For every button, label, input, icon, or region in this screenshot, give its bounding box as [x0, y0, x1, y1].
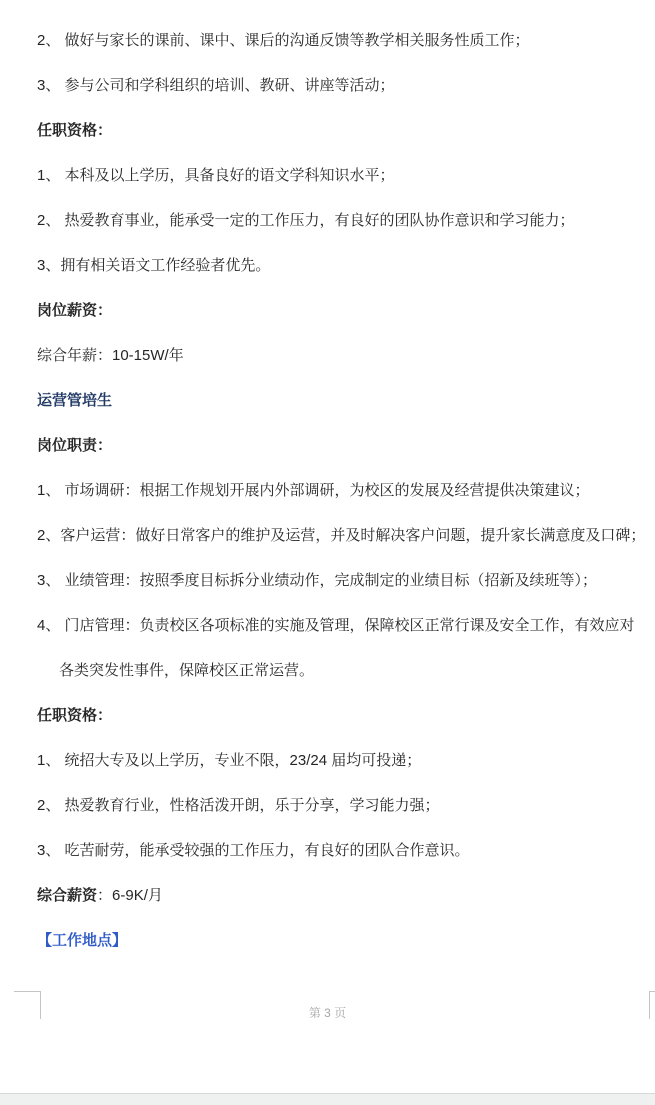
list-item: 3、 吃苦耐劳，能承受较强的工作压力，有良好的团队合作意识。 [37, 828, 653, 873]
list-item: 1、 本科及以上学历，具备良好的语文学科知识水平； [37, 153, 653, 198]
section-heading: 岗位职责： [37, 423, 653, 468]
list-item: 2、 热爱教育事业，能承受一定的工作压力，有良好的团队协作意识和学习能力； [37, 198, 653, 243]
list-item: 1、 市场调研：根据工作规划开展内外部调研，为校区的发展及经营提供决策建议； [37, 468, 653, 513]
list-item: 2、 做好与家长的课前、课中、课后的沟通反馈等教学相关服务性质工作； [37, 18, 653, 63]
document-body[interactable]: 2、 做好与家长的课前、课中、课后的沟通反馈等教学相关服务性质工作；3、 参与公… [37, 18, 653, 963]
list-item: 1、 统招大专及以上学历，专业不限，23/24 届均可投递； [37, 738, 653, 783]
salary-line: 综合薪资：6-9K/月 [37, 873, 653, 918]
page-gap [0, 1093, 655, 1105]
section-heading: 任职资格： [37, 693, 653, 738]
list-item: 3、 业绩管理：按照季度目标拆分业绩动作，完成制定的业绩目标（招新及续班等）； [37, 558, 653, 603]
page-number: 第 3 页 [0, 1004, 655, 1022]
list-item: 3、拥有相关语文工作经验者优先。 [37, 243, 653, 288]
section-heading: 岗位薪资： [37, 288, 653, 333]
section-heading: 任职资格： [37, 108, 653, 153]
list-item: 3、 参与公司和学科组织的培训、教研、讲座等活动； [37, 63, 653, 108]
salary-line: 综合年薪：10-15W/年 [37, 333, 653, 378]
job-title: 运营管培生 [37, 378, 653, 423]
list-item: 4、 门店管理：负责校区各项标准的实施及管理，保障校区正常行课及安全工作，有效应… [37, 603, 653, 693]
list-item: 2、客户运营：做好日常客户的维护及运营，并及时解决客户问题，提升家长满意度及口碑… [37, 513, 653, 558]
list-item: 2、 热爱教育行业，性格活泼开朗，乐于分享，学习能力强； [37, 783, 653, 828]
location-heading: 【工作地点】 [37, 918, 653, 963]
